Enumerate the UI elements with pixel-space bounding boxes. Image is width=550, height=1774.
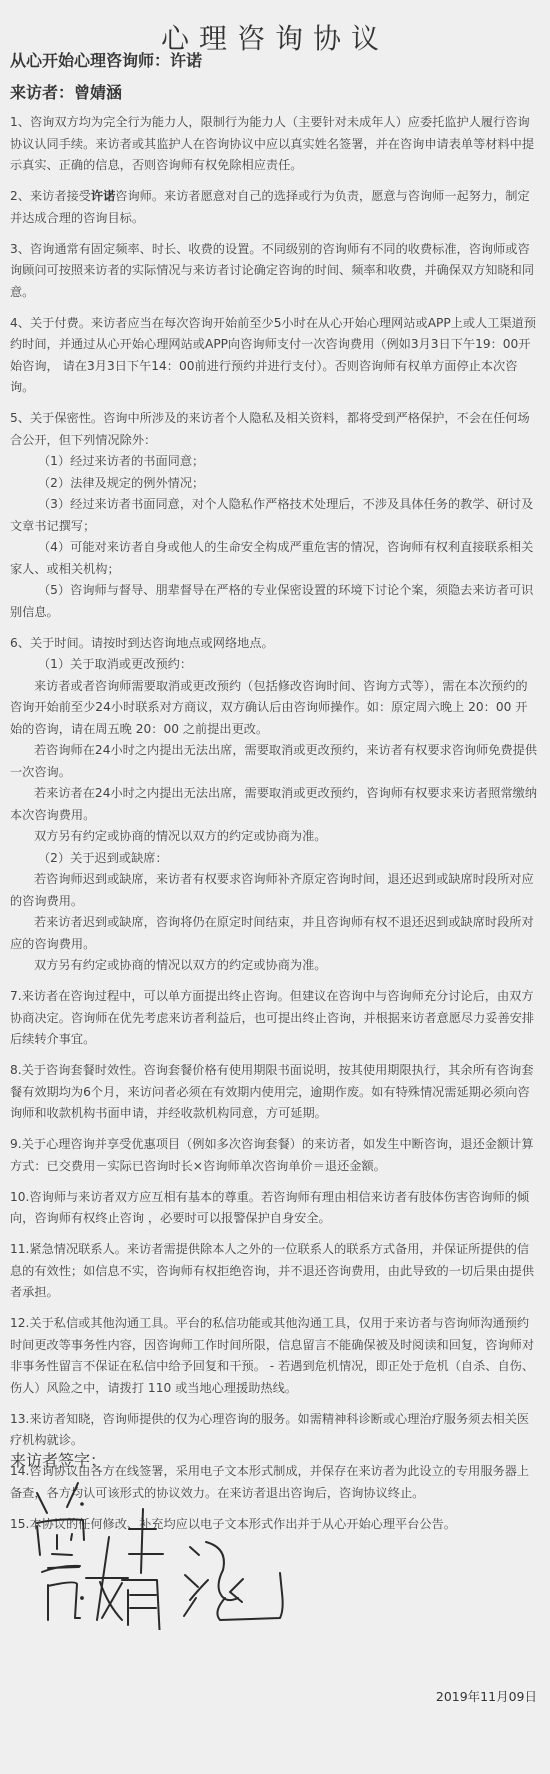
signing-date: 2019年11月09日 (436, 1687, 537, 1705)
clause-6-sub1-p3: 若来访者在24小时之内提出无法出席，需要取消或更改预约，咨询师有权要求来访者照常… (10, 783, 538, 826)
clause-6-intro: 6、关于时间。请按时到达咨询地点或网络地点。 (10, 633, 538, 655)
clause-6-sub2-p1: 若咨询师迟到或缺席，来访者有权要求咨询师补齐原定咨询时间，退还迟到或缺席时段所对… (10, 869, 538, 912)
exception-item: （4）可能对来访者自身或他人的生命安全构成严重危害的情况，咨询师有权利直接联系相… (10, 537, 538, 580)
clause-3: 3、咨询通常有固定频率、时长、收费的设置。不同级别的咨询师有不同的收费标准，咨询… (10, 239, 538, 304)
clause-6-sub2-title: （2）关于迟到或缺席： (10, 848, 538, 870)
clause-6-sub2-p2: 若来访者迟到或缺席，咨询将仍在原定时间结束，并且咨询师有权不退还迟到或缺席时段所… (10, 912, 538, 955)
clause-2: 2、来访者接受许诺咨询师。来访者愿意对自己的选择或行为负责，愿意与咨询师一起努力… (10, 186, 538, 229)
counselor-name-inline: 许诺 (91, 189, 115, 203)
clause-7: 7.来访者在咨询过程中，可以单方面提出终止咨询。但建议在咨询中与咨询师充分讨论后… (10, 986, 538, 1051)
clause-2-prefix: 2、来访者接受 (10, 189, 91, 203)
clause-1: 1、咨询双方均为完全行为能力人，限制行为能力人（主要针对未成年人）应委托监护人履… (10, 112, 538, 177)
clause-6-sub1-p4: 双方另有约定或协商的情况以双方的约定或协商为准。 (10, 826, 538, 848)
clause-6-sub1-title: （1）关于取消或更改预约： (10, 654, 538, 676)
clause-8: 8.关于咨询套餐时效性。咨询套餐价格有使用期限书面说明，按其使用期限执行，其余所… (10, 1060, 538, 1125)
clause-6-sub1-p1: 来访者或者咨询师需要取消或更改预约（包括修改咨询时间、咨询方式等），需在本次预约… (10, 676, 538, 741)
exception-item: （1）经过来访者的书面同意； (10, 451, 538, 473)
clause-10: 10.咨询师与来访者双方应互相有基本的尊重。若咨询师有理由相信来访者有肢体伤害咨… (10, 1187, 538, 1230)
clause-6: 6、关于时间。请按时到达咨询地点或网络地点。 （1）关于取消或更改预约： 来访者… (10, 633, 538, 977)
agreement-page: 心理咨询协议 从心开始心理咨询师：许诺 来访者：曾婧涵 1、咨询双方均为完全行为… (0, 0, 550, 1774)
clause-5-exceptions: （1）经过来访者的书面同意； （2）法律及规定的例外情况； （3）经过来访者书面… (10, 451, 538, 623)
clause-5: 5、关于保密性。咨询中所涉及的来访者个人隐私及相关资料，都将受到严格保护，不会在… (10, 408, 538, 623)
exception-item: （2）法律及规定的例外情况； (10, 473, 538, 495)
clause-6-sub1-p2: 若咨询师在24小时之内提出无法出席，需要取消或更改预约，来访者有权要求咨询师免费… (10, 740, 538, 783)
clause-9: 9.关于心理咨询并享受优惠项目（例如多次咨询套餐）的来访者，如发生中断咨询，退还… (10, 1134, 538, 1177)
clause-5-intro: 5、关于保密性。咨询中所涉及的来访者个人隐私及相关资料，都将受到严格保护，不会在… (10, 408, 538, 451)
clause-6-sub2-p3: 双方另有约定或协商的情况以双方的约定或协商为准。 (10, 955, 538, 977)
handwritten-signature (30, 1480, 290, 1630)
visitor-line: 来访者：曾婧涵 (10, 82, 122, 104)
exception-item: （3）经过来访者书面同意，对个人隐私作严格技术处理后，不涉及具体任务的教学、研讨… (10, 494, 538, 537)
signature-label: 来访者签字： (10, 1450, 106, 1472)
exception-item: （5）咨询师与督导、朋辈督导在严格的专业保密设置的环境下讨论个案，须隐去来访者可… (10, 580, 538, 623)
clauses-list: 1、咨询双方均为完全行为能力人，限制行为能力人（主要针对未成年人）应委托监护人履… (10, 112, 538, 1545)
clause-13: 13.来访者知晓，咨询师提供的仅为心理咨询的服务。如需精神科诊断或心理治疗服务须… (10, 1409, 538, 1452)
clause-11: 11.紧急情况联系人。来访者需提供除本人之外的一位联系人的联系方式备用，并保证所… (10, 1239, 538, 1304)
clause-12: 12.关于私信或其他沟通工具。平台的私信功能或其他沟通工具，仅用于来访者与咨询师… (10, 1313, 538, 1399)
clause-4: 4、关于付费。来访者应当在每次咨询开始前至少5小时在从心开始心理网站或APP上或… (10, 313, 538, 399)
counselor-line: 从心开始心理咨询师：许诺 (10, 50, 202, 72)
